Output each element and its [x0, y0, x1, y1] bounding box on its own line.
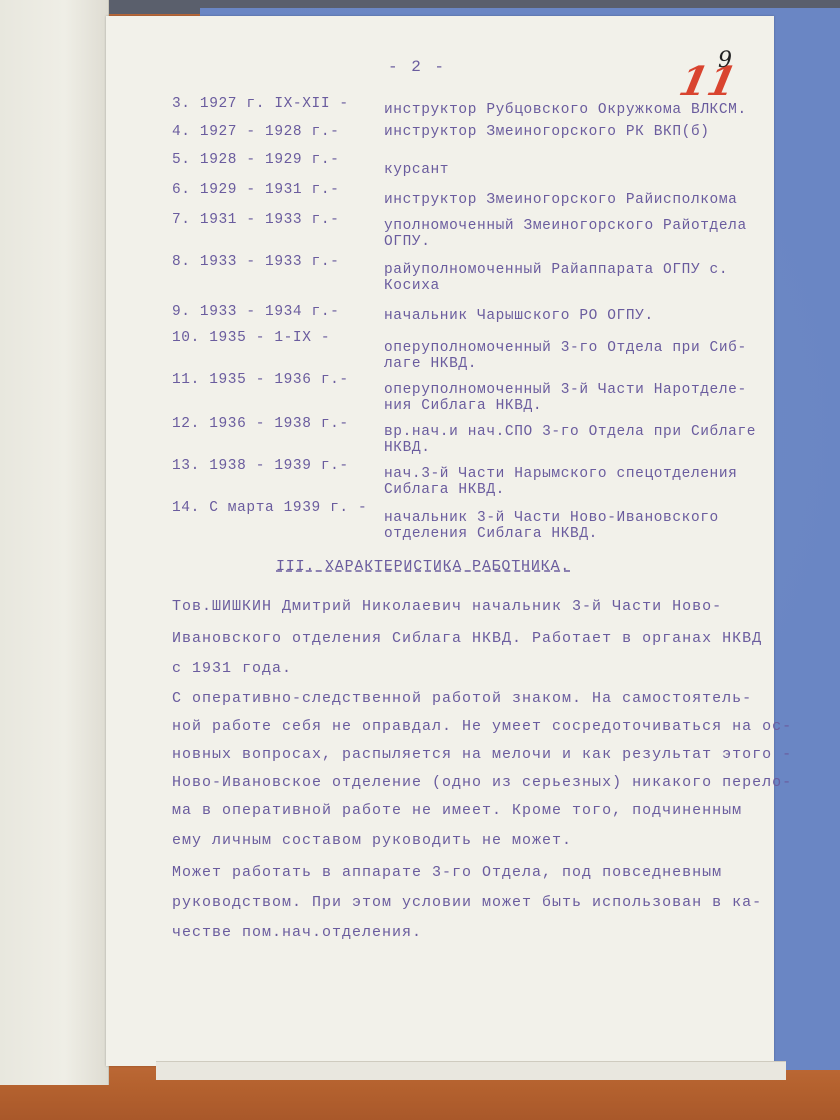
- entry-date: 11. 1935 - 1936 г.-: [172, 372, 349, 388]
- paragraph-line: ной работе себя не оправдал. Не умеет со…: [172, 718, 792, 735]
- paragraph-line: честве пом.нач.отделения.: [172, 924, 422, 941]
- entry-description: нач.3-й Части Нарымского спецотделения С…: [384, 466, 764, 498]
- entry-date: 6. 1929 - 1931 г.-: [172, 182, 339, 198]
- paragraph-line: новных вопросах, распыляется на мелочи и…: [172, 746, 792, 763]
- entry-description: инструктор Змеиногорского Райисполкома: [384, 192, 764, 208]
- entry-date: 4. 1927 - 1928 г.-: [172, 124, 339, 140]
- paragraph-line: Ново-Ивановское отделение (одно из серье…: [172, 774, 792, 791]
- entry-description: начальник 3-й Части Ново-Ивановского отд…: [384, 510, 764, 542]
- page-number: - 2 -: [388, 58, 446, 76]
- entry-description: инструктор Змеиногорского РК ВКП(б): [384, 124, 764, 140]
- left-binder-page: [0, 0, 109, 1085]
- paragraph-line: с 1931 года.: [172, 660, 292, 677]
- entry-description: райуполномоченный Райаппарата ОГПУ с. Ко…: [384, 262, 764, 294]
- entry-date: 5. 1928 - 1929 г.-: [172, 152, 339, 168]
- entry-description: оперуполномоченный 3-й Части Наротделе- …: [384, 382, 764, 414]
- entry-date: 9. 1933 - 1934 г.-: [172, 304, 339, 320]
- paragraph-line: руководством. При этом условии может быт…: [172, 894, 762, 911]
- paragraph-line: ему личным составом руководить не может.: [172, 832, 572, 849]
- entry-description: оперуполномоченный 3-го Отдела при Сиб- …: [384, 340, 764, 372]
- entry-date: 10. 1935 - 1-IX -: [172, 330, 330, 346]
- page-stack-edge: [156, 1061, 786, 1080]
- paragraph-line: С оперативно-следственной работой знаком…: [172, 690, 752, 707]
- entry-date: 3. 1927 г. IX-XII -: [172, 96, 349, 112]
- paragraph-line: Ивановского отделения Сиблага НКВД. Рабо…: [172, 630, 762, 647]
- entry-description: курсант: [384, 162, 764, 178]
- entry-description: вр.нач.и нач.СПО 3-го Отдела при Сиблаге…: [384, 424, 764, 456]
- paragraph-line: Может работать в аппарате 3-го Отдела, п…: [172, 864, 722, 881]
- entry-date: 7. 1931 - 1933 г.-: [172, 212, 339, 228]
- entry-date: 8. 1933 - 1933 г.-: [172, 254, 339, 270]
- paragraph-line: Тов.ШИШКИН Дмитрий Николаевич начальник …: [172, 598, 722, 615]
- entry-date: 13. 1938 - 1939 г.-: [172, 458, 349, 474]
- entry-description: начальник Чарышского РО ОГПУ.: [384, 308, 764, 324]
- archive-sheet-number-black: 9: [718, 48, 732, 73]
- entry-description: уполномоченный Змеиногорского Райотдела …: [384, 218, 764, 250]
- entry-date: 12. 1936 - 1938 г.-: [172, 416, 349, 432]
- entry-description: инструктор Рубцовского Окружкома ВЛКСМ.: [384, 102, 764, 118]
- paragraph-line: ма в оперативной работе не имеет. Кроме …: [172, 802, 742, 819]
- entry-date: 14. С марта 1939 г. -: [172, 500, 367, 516]
- section-heading-characteristic: III. ХАРАКТЕРИСТИКА РАБОТНИКА.: [276, 558, 570, 575]
